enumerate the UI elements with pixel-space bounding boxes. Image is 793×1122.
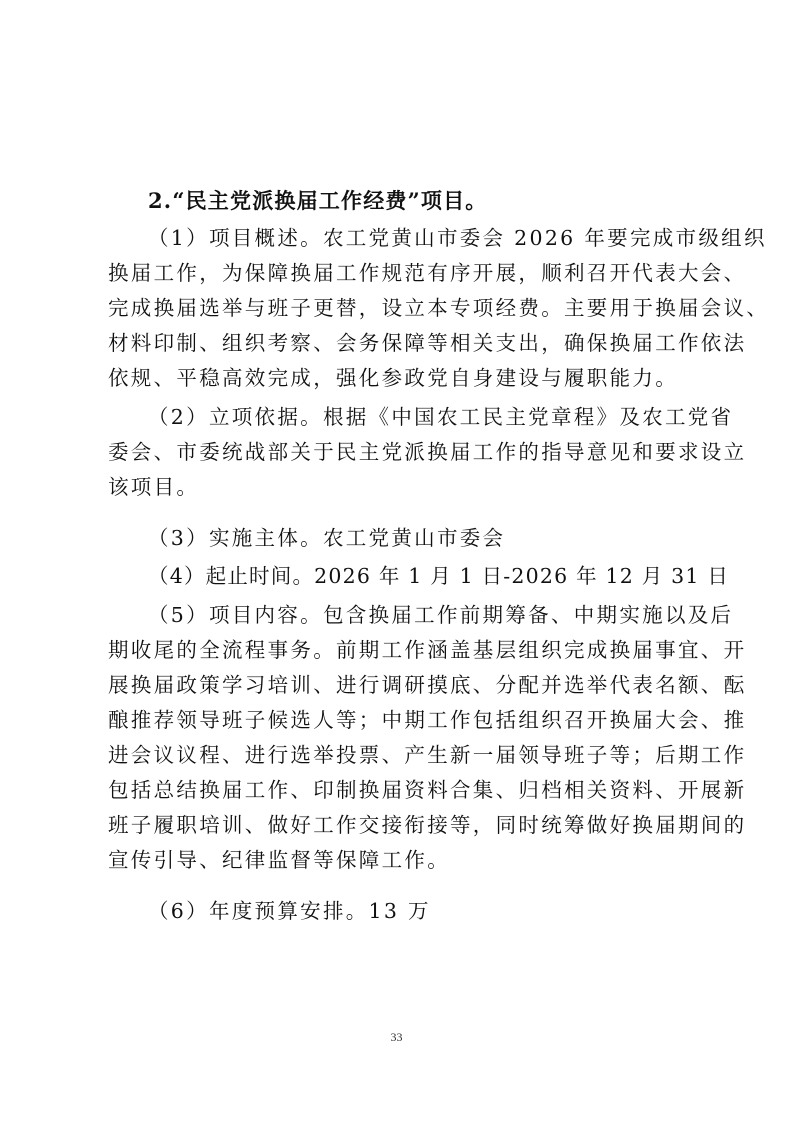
basis-line-1: （2）立项依据。根据《中国农工民主党章程》及农工党省	[148, 405, 702, 429]
document-page: 2.“民主党派换届工作经费”项目。 （1）项目概述。农工党黄山市委会 2026 …	[0, 0, 793, 1122]
content-line-5: 进会议议程、进行选举投票、产生新一届领导班子等；后期工作	[108, 743, 702, 767]
content-line-7: 班子履职培训、做好工作交接衔接等，同时统筹做好换届期间的	[108, 813, 702, 837]
section-heading: 2.“民主党派换届工作经费”项目。	[148, 188, 487, 214]
content-line-8: 宣传引导、纪律监督等保障工作。	[108, 848, 702, 872]
overview-line-3: 完成换届选举与班子更替，设立本专项经费。主要用于换届会议、	[108, 296, 702, 320]
implementer-line: （3）实施主体。农工党黄山市委会	[148, 526, 702, 550]
content-line-3: 展换届政策学习培训、进行调研摸底、分配并选举代表名额、酝	[108, 673, 702, 697]
content-line-4: 酿推荐领导班子候选人等；中期工作包括组织召开换届大会、推	[108, 708, 702, 732]
content-line-2: 期收尾的全流程事务。前期工作涵盖基层组织完成换届事宜、开	[108, 638, 702, 662]
overview-line-2: 换届工作，为保障换届工作规范有序开展，顺利召开代表大会、	[108, 261, 702, 285]
overview-line-4: 材料印制、组织考察、会务保障等相关支出，确保换届工作依法	[108, 331, 702, 355]
basis-line-2: 委会、市委统战部关于民主党派换届工作的指导意见和要求设立	[108, 440, 702, 464]
budget-line: （6）年度预算安排。13 万	[148, 899, 702, 923]
basis-line-3: 该项目。	[108, 475, 702, 499]
period-line: （4）起止时间。2026 年 1 月 1 日-2026 年 12 月 31 日	[148, 564, 702, 588]
overview-line-5: 依规、平稳高效完成，强化参政党自身建设与履职能力。	[108, 366, 702, 390]
page-number: 33	[0, 1030, 793, 1045]
overview-line-1: （1）项目概述。农工党黄山市委会 2026 年要完成市级组织	[148, 226, 702, 250]
content-line-1: （5）项目内容。包含换届工作前期筹备、中期实施以及后	[148, 603, 702, 627]
content-line-6: 包括总结换届工作、印制换届资料合集、归档相关资料、开展新	[108, 778, 702, 802]
